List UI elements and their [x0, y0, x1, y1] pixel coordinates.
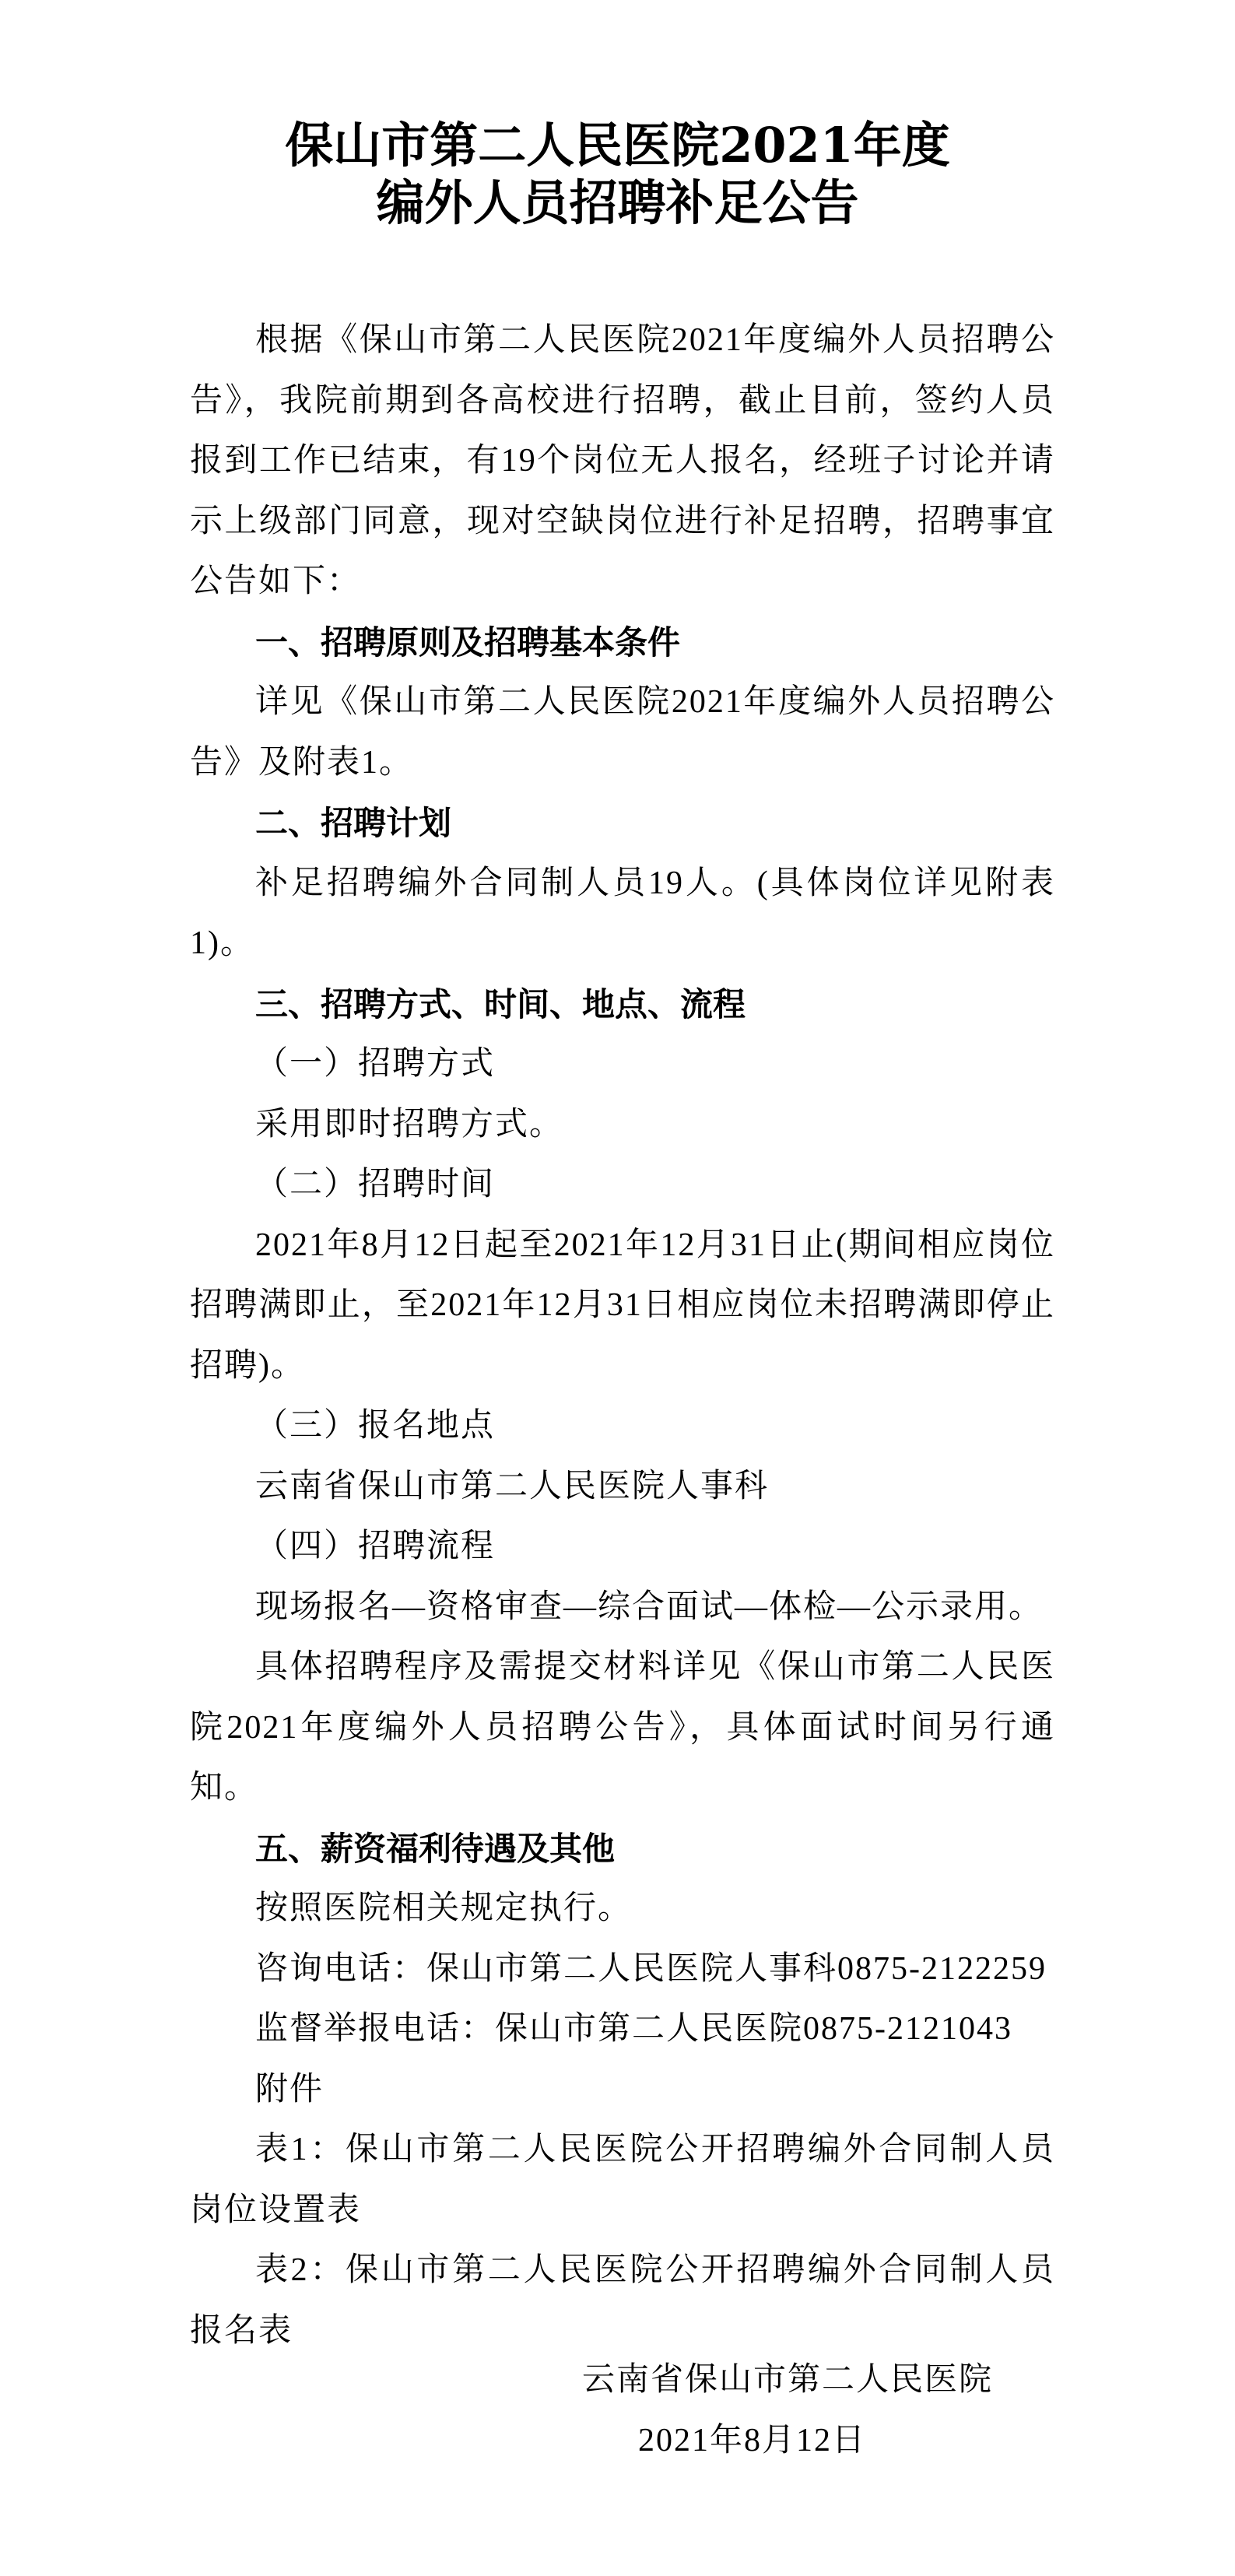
attachment-table-2: 表2：保山市第二人民医院公开招聘编外合同制人员报名表 — [190, 2241, 1055, 2361]
attachments-label: 附件 — [190, 2060, 1055, 2121]
recruit-process-paragraph: 现场报名—资格审查—综合面试—体检—公示录用。 — [190, 1578, 1055, 1638]
signature-date: 2021年8月12日 — [582, 2411, 1018, 2472]
recruit-process-details-paragraph: 具体招聘程序及需提交材料详见《保山市第二人民医院2021年度编外人员招聘公告》，… — [190, 1637, 1055, 1819]
salary-paragraph: 按照医院相关规定执行。 — [190, 1879, 1055, 1939]
signature-block: 云南省保山市第二人民医院 2021年8月12日 — [582, 2350, 1018, 2471]
section-2-paragraph: 补足招聘编外合同制人员19人。(具体岗位详见附表1)。 — [190, 854, 1055, 974]
document-page: 保山市第二人民医院2021年度 编外人员招聘补足公告 根据《保山市第二人民医院2… — [0, 0, 1235, 2576]
recruit-method-paragraph: 采用即时招聘方式。 — [190, 1095, 1055, 1156]
registration-location-paragraph: 云南省保山市第二人民医院人事科 — [190, 1457, 1055, 1518]
attachment-table-1: 表1：保山市第二人民医院公开招聘编外合同制人员岗位设置表 — [190, 2120, 1055, 2241]
section-heading-1: 一、招聘原则及招聘基本条件 — [190, 612, 1055, 673]
intro-paragraph: 根据《保山市第二人民医院2021年度编外人员招聘公告》，我院前期到各高校进行招聘… — [190, 311, 1055, 612]
section-heading-5: 五、薪资福利待遇及其他 — [190, 1819, 1055, 1879]
title-line-2: 编外人员招聘补足公告 — [0, 174, 1235, 232]
document-body: 根据《保山市第二人民医院2021年度编外人员招聘公告》，我院前期到各高校进行招聘… — [190, 311, 1055, 2361]
subsection-heading-recruit-method: （一）招聘方式 — [190, 1034, 1055, 1095]
subsection-heading-recruit-process: （四）招聘流程 — [190, 1517, 1055, 1578]
signature-organization: 云南省保山市第二人民医院 — [582, 2350, 1018, 2411]
document-title: 保山市第二人民医院2021年度 编外人员招聘补足公告 — [0, 117, 1235, 232]
section-heading-3: 三、招聘方式、时间、地点、流程 — [190, 974, 1055, 1035]
supervision-phone: 监督举报电话：保山市第二人民医院0875-2121043 — [190, 1999, 1055, 2060]
title-line-1: 保山市第二人民医院2021年度 — [0, 117, 1235, 174]
subsection-heading-registration-location: （三）报名地点 — [190, 1396, 1055, 1457]
subsection-heading-recruit-time: （二）招聘时间 — [190, 1155, 1055, 1216]
recruit-time-paragraph: 2021年8月12日起至2021年12月31日止(期间相应岗位招聘满即止，至20… — [190, 1216, 1055, 1397]
section-heading-2: 二、招聘计划 — [190, 793, 1055, 854]
consult-phone: 咨询电话：保山市第二人民医院人事科0875-2122259 — [190, 1939, 1055, 2000]
section-1-paragraph: 详见《保山市第二人民医院2021年度编外人员招聘公告》及附表1。 — [190, 672, 1055, 793]
